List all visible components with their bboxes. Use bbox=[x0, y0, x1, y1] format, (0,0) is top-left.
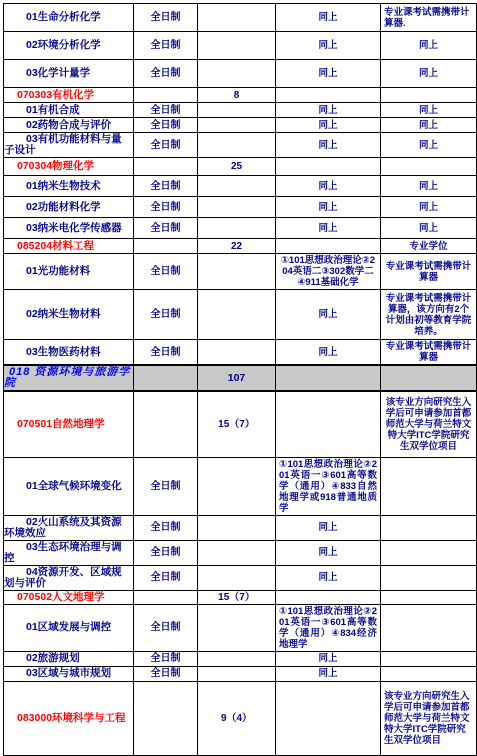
cell-remarks: 同上 bbox=[381, 118, 477, 133]
cell-exam-subjects bbox=[276, 158, 381, 176]
cell-remarks bbox=[381, 540, 477, 565]
cell-exam-subjects: 同上 bbox=[276, 340, 381, 366]
cell-remarks: 专业课考试需携带计算器 bbox=[381, 340, 477, 366]
cell-quota bbox=[198, 604, 276, 651]
cell-program: 03区域与城市规划 bbox=[4, 666, 134, 681]
cell-program: 070303有机化学 bbox=[4, 88, 134, 103]
cell-exam-subjects bbox=[276, 391, 381, 457]
cell-program: 02环境分析化学 bbox=[4, 32, 134, 60]
cell-study-mode: 全日制 bbox=[134, 133, 198, 158]
cell-program: 070304物理化学 bbox=[4, 158, 134, 176]
table-row: 083000环境科学与工程9（4）该专业方向研究生入学后可申请参加首都师范大学与… bbox=[4, 681, 477, 755]
cell-quota bbox=[198, 651, 276, 666]
cell-exam-subjects bbox=[276, 590, 381, 604]
cell-study-mode: 全日制 bbox=[134, 103, 198, 118]
cell-study-mode: 全日制 bbox=[134, 290, 198, 340]
cell-remarks: 该专业方向研究生入学后可申请参加首都师范大学与荷兰特文特大学ITC学院研究生双学… bbox=[381, 391, 477, 457]
cell-exam-subjects bbox=[276, 88, 381, 103]
cell-quota bbox=[198, 176, 276, 197]
cell-study-mode: 全日制 bbox=[134, 254, 198, 290]
table-row: 01纳米生物技术全日制同上同上 bbox=[4, 176, 477, 197]
cell-remarks: 专业课考试需携带计算器 bbox=[381, 254, 477, 290]
cell-remarks: 同上 bbox=[381, 103, 477, 118]
cell-study-mode bbox=[134, 391, 198, 457]
cell-exam-subjects: 同上 bbox=[276, 290, 381, 340]
cell-program: 03纳米电化学传感器 bbox=[4, 218, 134, 239]
cell-program: 018 资源环境与旅游学院 bbox=[4, 365, 134, 391]
table-row: 03区域与城市规划全日制同上 bbox=[4, 666, 477, 681]
cell-study-mode: 全日制 bbox=[134, 457, 198, 515]
cell-program: 070502人文地理学 bbox=[4, 590, 134, 604]
cell-exam-subjects: 同上 bbox=[276, 118, 381, 133]
cell-quota bbox=[198, 103, 276, 118]
cell-exam-subjects: ①101思想政治理论②201英语一③601高等数学（通用）④833自然地理学或9… bbox=[276, 457, 381, 515]
cell-study-mode bbox=[134, 158, 198, 176]
cell-exam-subjects: 同上 bbox=[276, 133, 381, 158]
cell-remarks: 专业课考试需携带计算器，该方向有2个计划由初等教育学院培养。 bbox=[381, 290, 477, 340]
cell-study-mode: 全日制 bbox=[134, 651, 198, 666]
table-row: 02环境分析化学全日制同上同上 bbox=[4, 32, 477, 60]
table-row: 03化学计量学全日制同上同上 bbox=[4, 60, 477, 88]
cell-exam-subjects: 同上 bbox=[276, 4, 381, 32]
table-row: 02纳米生物材料全日制同上专业课考试需携带计算器，该方向有2个计划由初等教育学院… bbox=[4, 290, 477, 340]
table-row: 04资源开发、区域规划与评价全日制同上 bbox=[4, 565, 477, 590]
cell-quota: 9（4） bbox=[198, 681, 276, 755]
cell-program: 01有机合成 bbox=[4, 103, 134, 118]
cell-program: 02药物合成与评价 bbox=[4, 118, 134, 133]
cell-study-mode: 全日制 bbox=[134, 565, 198, 590]
cell-quota: 8 bbox=[198, 88, 276, 103]
cell-remarks: 该专业方向研究生入学后可申请参加首都师范大学与荷兰特文特大学ITC学院研究生双学… bbox=[381, 681, 477, 755]
table-row: 018 资源环境与旅游学院107 bbox=[4, 365, 477, 391]
cell-program: 083000环境科学与工程 bbox=[4, 681, 134, 755]
admissions-table-body: 01生命分析化学全日制同上专业课考试需携带计算器.02环境分析化学全日制同上同上… bbox=[4, 4, 477, 756]
cell-study-mode: 全日制 bbox=[134, 176, 198, 197]
cell-quota bbox=[198, 4, 276, 32]
cell-program: 02火山系统及其资源环境效应 bbox=[4, 515, 134, 540]
cell-program: 01区域发展与调控 bbox=[4, 604, 134, 651]
cell-remarks bbox=[381, 457, 477, 515]
table-row: 070304物理化学25 bbox=[4, 158, 477, 176]
cell-program: 01全球气候环境变化 bbox=[4, 457, 134, 515]
cell-exam-subjects: 同上 bbox=[276, 515, 381, 540]
cell-quota bbox=[198, 218, 276, 239]
cell-program: 02纳米生物材料 bbox=[4, 290, 134, 340]
cell-quota bbox=[198, 340, 276, 366]
cell-program: 01生命分析化学 bbox=[4, 4, 134, 32]
cell-study-mode: 全日制 bbox=[134, 4, 198, 32]
cell-study-mode: 全日制 bbox=[134, 118, 198, 133]
cell-remarks bbox=[381, 158, 477, 176]
table-row: 02药物合成与评价全日制同上同上 bbox=[4, 118, 477, 133]
cell-program: 02旅游规划 bbox=[4, 651, 134, 666]
cell-program: 03有机功能材料与量子设计 bbox=[4, 133, 134, 158]
cell-remarks: 同上 bbox=[381, 133, 477, 158]
cell-program: 085204材料工程 bbox=[4, 239, 134, 254]
cell-quota: 25 bbox=[198, 158, 276, 176]
admissions-table: 01生命分析化学全日制同上专业课考试需携带计算器.02环境分析化学全日制同上同上… bbox=[3, 3, 477, 756]
cell-remarks: 同上 bbox=[381, 176, 477, 197]
cell-study-mode: 全日制 bbox=[134, 666, 198, 681]
cell-study-mode: 全日制 bbox=[134, 32, 198, 60]
cell-remarks bbox=[381, 565, 477, 590]
cell-study-mode bbox=[134, 365, 198, 391]
cell-exam-subjects bbox=[276, 681, 381, 755]
cell-quota bbox=[198, 540, 276, 565]
cell-remarks bbox=[381, 590, 477, 604]
cell-exam-subjects: 同上 bbox=[276, 651, 381, 666]
cell-remarks bbox=[381, 365, 477, 391]
cell-study-mode: 全日制 bbox=[134, 340, 198, 366]
table-row: 070502人文地理学15（7） bbox=[4, 590, 477, 604]
cell-exam-subjects: 同上 bbox=[276, 197, 381, 218]
cell-exam-subjects: ①101思想政治理论②201英语一③601高等数学（通用）④834经济地理学 bbox=[276, 604, 381, 651]
cell-remarks bbox=[381, 604, 477, 651]
cell-quota: 15（7） bbox=[198, 391, 276, 457]
table-row: 01光功能材料全日制①101思想政治理论②204英语二③302数学二④911基础… bbox=[4, 254, 477, 290]
cell-quota bbox=[198, 32, 276, 60]
cell-quota bbox=[198, 290, 276, 340]
cell-exam-subjects: 同上 bbox=[276, 666, 381, 681]
table-row: 01生命分析化学全日制同上专业课考试需携带计算器. bbox=[4, 4, 477, 32]
cell-study-mode: 全日制 bbox=[134, 604, 198, 651]
cell-quota bbox=[198, 254, 276, 290]
cell-quota: 15（7） bbox=[198, 590, 276, 604]
cell-quota bbox=[198, 666, 276, 681]
cell-program: 01纳米生物技术 bbox=[4, 176, 134, 197]
table-row: 01有机合成全日制同上同上 bbox=[4, 103, 477, 118]
table-row: 01全球气候环境变化全日制①101思想政治理论②201英语一③601高等数学（通… bbox=[4, 457, 477, 515]
cell-program: 04资源开发、区域规划与评价 bbox=[4, 565, 134, 590]
cell-remarks: 专业课考试需携带计算器. bbox=[381, 4, 477, 32]
cell-exam-subjects bbox=[276, 365, 381, 391]
cell-remarks bbox=[381, 515, 477, 540]
cell-remarks: 同上 bbox=[381, 197, 477, 218]
cell-study-mode bbox=[134, 88, 198, 103]
cell-program: 03生态环境治理与调控 bbox=[4, 540, 134, 565]
cell-study-mode bbox=[134, 590, 198, 604]
cell-remarks: 专业学位 bbox=[381, 239, 477, 254]
cell-study-mode: 全日制 bbox=[134, 515, 198, 540]
cell-remarks: 同上 bbox=[381, 60, 477, 88]
table-row: 01区域发展与调控全日制①101思想政治理论②201英语一③601高等数学（通用… bbox=[4, 604, 477, 651]
cell-remarks bbox=[381, 651, 477, 666]
table-row: 03有机功能材料与量子设计全日制同上同上 bbox=[4, 133, 477, 158]
cell-study-mode: 全日制 bbox=[134, 60, 198, 88]
table-row: 03纳米电化学传感器全日制同上同上 bbox=[4, 218, 477, 239]
cell-study-mode: 全日制 bbox=[134, 197, 198, 218]
cell-quota: 107 bbox=[198, 365, 276, 391]
cell-study-mode: 全日制 bbox=[134, 218, 198, 239]
cell-quota bbox=[198, 457, 276, 515]
table-row: 02功能材料化学全日制同上同上 bbox=[4, 197, 477, 218]
cell-quota bbox=[198, 60, 276, 88]
cell-quota bbox=[198, 133, 276, 158]
cell-exam-subjects: 同上 bbox=[276, 60, 381, 88]
table-row: 03生态环境治理与调控全日制同上 bbox=[4, 540, 477, 565]
cell-exam-subjects: 同上 bbox=[276, 540, 381, 565]
cell-exam-subjects bbox=[276, 239, 381, 254]
cell-program: 070501自然地理学 bbox=[4, 391, 134, 457]
cell-program: 03生物医药材料 bbox=[4, 340, 134, 366]
cell-program: 03化学计量学 bbox=[4, 60, 134, 88]
cell-study-mode bbox=[134, 239, 198, 254]
cell-quota bbox=[198, 565, 276, 590]
cell-remarks: 同上 bbox=[381, 218, 477, 239]
cell-program: 01光功能材料 bbox=[4, 254, 134, 290]
admissions-catalog-page: 01生命分析化学全日制同上专业课考试需携带计算器.02环境分析化学全日制同上同上… bbox=[3, 3, 477, 756]
cell-remarks: 同上 bbox=[381, 32, 477, 60]
table-row: 085204材料工程22专业学位 bbox=[4, 239, 477, 254]
cell-exam-subjects: 同上 bbox=[276, 103, 381, 118]
table-row: 02旅游规划全日制同上 bbox=[4, 651, 477, 666]
table-row: 03生物医药材料全日制同上专业课考试需携带计算器 bbox=[4, 340, 477, 366]
cell-quota bbox=[198, 515, 276, 540]
cell-remarks bbox=[381, 666, 477, 681]
table-row: 070501自然地理学15（7）该专业方向研究生入学后可申请参加首都师范大学与荷… bbox=[4, 391, 477, 457]
cell-exam-subjects: 同上 bbox=[276, 176, 381, 197]
cell-quota: 22 bbox=[198, 239, 276, 254]
cell-quota bbox=[198, 118, 276, 133]
cell-exam-subjects: 同上 bbox=[276, 218, 381, 239]
cell-exam-subjects: ①101思想政治理论②204英语二③302数学二④911基础化学 bbox=[276, 254, 381, 290]
cell-quota bbox=[198, 197, 276, 218]
cell-remarks bbox=[381, 88, 477, 103]
table-row: 02火山系统及其资源环境效应全日制同上 bbox=[4, 515, 477, 540]
cell-exam-subjects: 同上 bbox=[276, 565, 381, 590]
cell-study-mode: 全日制 bbox=[134, 540, 198, 565]
table-row: 070303有机化学8 bbox=[4, 88, 477, 103]
cell-exam-subjects: 同上 bbox=[276, 32, 381, 60]
cell-study-mode bbox=[134, 681, 198, 755]
cell-program: 02功能材料化学 bbox=[4, 197, 134, 218]
